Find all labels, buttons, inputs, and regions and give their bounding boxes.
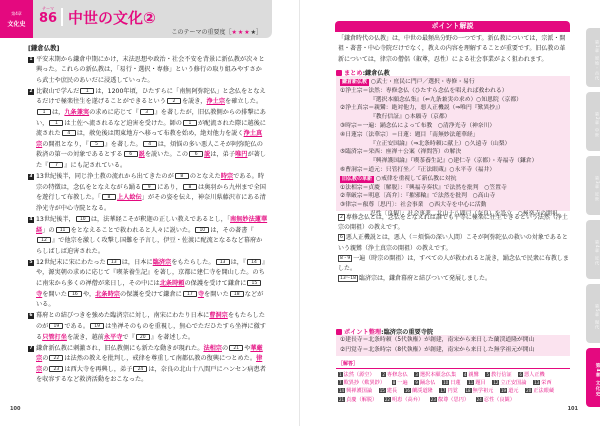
old-buddhism-row: 旧仏教の革新○戒律を重視して新仏教に対抗 xyxy=(340,175,566,184)
summary-item: ④日蓮宗〔法華宗〕＝日蓮：題目「南無妙法蓮華経」 xyxy=(340,131,566,140)
summary-item: 『教行信証』○本願寺（京都） xyxy=(340,113,566,122)
answer-text: 法然（源空） xyxy=(344,372,375,378)
importance-rating: このテーマの重要度［★★★★］ xyxy=(171,27,262,36)
paragraph: 413世紀後半，10は，法華経こそが釈迦の正しい教えであるとし，「南無妙法蓮華経… xyxy=(28,215,268,257)
answer-text: 円覚 xyxy=(447,388,457,394)
paragraph-text: 』を著した。 xyxy=(105,141,142,148)
old-buddhism-tag: 旧仏教の革新 xyxy=(340,176,374,183)
answers-divider xyxy=(336,368,570,369)
answer-blank[interactable]: 1 xyxy=(37,109,51,115)
paragraph-text: は，赦免後は関東地方へ移って布教を始め，絶対他力を説く xyxy=(77,130,244,137)
answer-item: 24忍性（良観） xyxy=(476,397,515,403)
paragraph-text: で『 xyxy=(122,334,134,341)
answer-text: 興禅護国論 xyxy=(346,388,372,394)
answer-number: 22 xyxy=(384,397,391,402)
keyword: 九条兼実 xyxy=(64,109,89,116)
paragraph-text: 13世紀後半， xyxy=(36,216,75,223)
page-number: 100 xyxy=(10,406,20,412)
answer-item: 7歎異抄（歎異鈔） xyxy=(338,380,385,386)
answer-item: 9踊念仏 xyxy=(414,380,435,386)
paragraph-text: 12世紀末に宋にわたった xyxy=(36,259,106,266)
keyword: 曹洞宗 xyxy=(209,312,228,319)
chapter-tabs: 第1章 原始・古代第2章 中世第3章 近世第4章 近代第5章 現代第4章 文化史 xyxy=(586,28,600,412)
answer-text: 無学祖元 xyxy=(473,388,494,394)
paragraph-text: を説いた。この xyxy=(145,151,188,158)
keyword: 臨済宗 xyxy=(153,259,172,266)
note-number: 2 xyxy=(338,214,345,221)
summary-item: 『立正安国論』（⇒北条時頼に献上）○久遠寺（山梨） xyxy=(340,140,566,149)
answer-blank[interactable]: 6 xyxy=(124,151,138,157)
paragraph-text: の xyxy=(42,366,48,373)
note-text: 専修念仏とは，念仏をとなえれば誰でも平等に極楽に往生できるという法然（浄土宗の開… xyxy=(338,214,568,231)
paragraph-text: をとなえることで救われると人々に説いた。 xyxy=(71,227,195,234)
answer-text: 専修念仏 xyxy=(387,372,408,378)
paragraph-text: は，『 xyxy=(231,259,246,266)
paragraph-number: 5 xyxy=(28,260,34,266)
answer-number: 4 xyxy=(463,372,468,377)
answer-number: 19 xyxy=(500,388,507,393)
summary-item: ③律宗＝叡尊〔思円〕：社会事業 ○西大寺を中心に活動 xyxy=(340,201,566,210)
answer-number: 18 xyxy=(465,388,472,393)
paragraph-text: は，法華経こそが釈迦の正しい教えであるとし，「 xyxy=(91,216,230,223)
new-buddhism-tag: 鎌倉新仏教 xyxy=(340,79,369,86)
paragraph-text: のとなえた xyxy=(190,173,221,180)
paragraph-text: 」の xyxy=(42,227,54,234)
paragraph-text: を説き，越前 xyxy=(67,334,104,341)
organize-item: ①建長寺＝北条時頼（5代執権）が創建，南宋から来日した蘭渓道隆が開山 xyxy=(340,336,566,346)
answer-number: 11 xyxy=(467,380,474,385)
answer-item: 2専修念仏 xyxy=(381,372,407,378)
answer-blank[interactable]: 3 xyxy=(140,109,154,115)
paragraph-text: は法然の教えを批判し，戒律を尊重して南都仏教の復興につとめた。 xyxy=(64,355,256,362)
old-buddhism-note: ○戒律を重視して新仏教に対抗 xyxy=(376,176,456,182)
answer-number: 10 xyxy=(442,380,449,385)
paragraph-text: は， xyxy=(52,109,64,116)
organize-item: ②円覚寺＝北条時宗（8代執権）が創建，南宋から来日した無学祖元が開山 xyxy=(340,346,566,356)
answer-blank[interactable]: 20 xyxy=(136,334,150,340)
section-title: [鎌倉仏教] xyxy=(28,43,268,54)
answer-number: 20 xyxy=(525,388,532,393)
answer-item: 12立正安国論 xyxy=(492,380,526,386)
note-number: 13〜18 xyxy=(338,275,358,282)
answer-blank[interactable]: 9 xyxy=(142,184,156,190)
answer-text: 日蓮 xyxy=(450,380,460,386)
chapter-badge: 第4章 文化史 xyxy=(0,0,33,38)
note-item: 13〜18臨済宗は，鎌倉幕府と結びついて発展しました。 xyxy=(338,274,570,284)
paragraph-text: を確立した。 xyxy=(225,98,262,105)
paragraph-text: 』で他宗を激しく攻撃し国難を予言し，伊豆・佐渡に配流となるなど幕府からしばしば迫… xyxy=(36,237,262,255)
answer-blank[interactable]: 23 xyxy=(49,366,63,372)
answer-text: 悪人正機 xyxy=(524,372,545,378)
chapter-label: 第4章 xyxy=(0,11,33,17)
answer-blank[interactable]: 18 xyxy=(230,291,244,297)
answer-blank[interactable]: 14 xyxy=(247,259,261,265)
answer-item: 10日蓮 xyxy=(442,380,460,386)
answer-text: 選択本願念仏集 xyxy=(420,372,456,378)
answer-blank[interactable]: 5 xyxy=(90,141,104,147)
paragraph-text: の保護を受けて鎌倉に xyxy=(120,291,182,298)
answer-number: 1 xyxy=(338,372,343,377)
summary-box: 鎌倉新仏教○武士・庶民に門戸／選択・専修・易行 ①浄土宗＝法然：専修念仏（ひたす… xyxy=(336,76,570,211)
answer-text: 建長 xyxy=(387,388,397,394)
answer-item: 15建長 xyxy=(379,388,397,394)
answers-heading: ［解答］ xyxy=(338,360,358,367)
point-explanation-title: ポイント解説 xyxy=(335,21,570,32)
paragraph-text: 比叡山で学んだ xyxy=(36,88,79,95)
paragraph-text: は土佐へ流されるなど迫害を受けた。師の xyxy=(64,120,182,127)
summary-item: ①浄土宗＝法然：専修念仏（ひたすら念仏を唱えれば救われる） xyxy=(340,87,566,96)
theme-header: 第4章 文化史 テーマ 86 中世の文化② このテーマの重要度［★★★★］ xyxy=(0,0,272,38)
paragraph-text: の開祖となり，『 xyxy=(42,141,88,148)
answer-number: 13 xyxy=(533,380,540,385)
intro-text: 「鎌倉時代の仏教」は，中世の最頻出分野の一つです。新仏教については，宗派・開祖・… xyxy=(338,34,570,65)
answer-blank[interactable]: 10 xyxy=(195,227,209,233)
keyword: 北条時宗 xyxy=(95,291,120,298)
answer-item: 22明恵（高弁） xyxy=(384,397,423,403)
paragraph-number: 7 xyxy=(28,346,34,352)
paragraph-number: 4 xyxy=(28,217,34,223)
paragraph-text: である。 xyxy=(64,323,89,330)
answer-blank[interactable]: 13 xyxy=(216,259,230,265)
new-buddhism-list: ①浄土宗＝法然：専修念仏（ひたすら念仏を唱えれば救われる）『選択本願念仏集』（⇐… xyxy=(340,87,566,175)
answer-number: 5 xyxy=(485,372,490,377)
answer-item: 1法然（源空） xyxy=(338,372,375,378)
paragraph-text: や， xyxy=(83,291,95,298)
paragraph-text: を開いた xyxy=(204,291,229,298)
summary-item: ②浄土真宗＝親鸞：絶対他力，悪人正機説（⇒唯円『歎異抄』） xyxy=(340,104,566,113)
keyword: 北条時頼 xyxy=(160,280,185,287)
answer-text: 正法眼蔵 xyxy=(533,388,554,394)
answer-number: 7 xyxy=(338,380,343,385)
answer-blank[interactable]: 19 xyxy=(49,323,63,329)
answer-text: 明恵（高弁） xyxy=(392,397,423,403)
answer-number: 15 xyxy=(379,388,386,393)
chapter-name: 文化史 xyxy=(0,19,33,28)
note-item: 6悪人正機説とは，悪人（＝煩悩の深い人間）こそが阿弥陀仏の救いの対象であるという… xyxy=(338,233,570,253)
keyword: 時宗 xyxy=(221,173,233,180)
answer-blank[interactable]: 13 xyxy=(107,259,121,265)
answer-number: 12 xyxy=(492,380,499,385)
paragraph-text: をもたらした。 xyxy=(171,259,214,266)
paragraph-text: の xyxy=(42,355,48,362)
answer-item: 20正法眼蔵 xyxy=(525,388,554,394)
note-text: 臨済宗は，鎌倉幕府と結びついて発展しました。 xyxy=(359,275,491,282)
note-number: 6 xyxy=(338,234,345,241)
note-text: 一遍（時宗の開祖）は，すべての人が救われると説き，踊念仏で民衆に布教しました。 xyxy=(338,255,569,272)
answer-item: 23叡尊（思円） xyxy=(430,397,469,403)
summary-item: ②華厳宗＝明恵〔高弁〕：『摧邪輪』で法然を批判 ○高山寺 xyxy=(340,192,566,201)
answer-blank[interactable]: 1 xyxy=(80,88,94,94)
answer-blank[interactable]: 4 xyxy=(143,141,157,147)
answer-item: 8一遍 xyxy=(392,380,408,386)
answer-item: 4親鸞 xyxy=(463,372,479,378)
answer-number: 9 xyxy=(414,380,419,385)
paragraph-text: を説き， xyxy=(182,98,207,105)
paragraph-text: は西大寺を再興し，弟子 xyxy=(64,366,132,373)
answer-number: 16 xyxy=(404,388,411,393)
paragraph-number: 1 xyxy=(28,57,34,63)
header-divider xyxy=(61,8,63,26)
note-number: 8・9 xyxy=(338,255,352,262)
importance-label: このテーマの重要度［ xyxy=(171,29,231,36)
keyword: 上人絵伝 xyxy=(117,194,142,201)
answer-item: 14興禅護国論 xyxy=(338,388,372,394)
chapter-tab[interactable]: 第1章 原始・古代 xyxy=(586,28,600,87)
paragraph-text: は，その著書『 xyxy=(210,227,253,234)
answer-blank[interactable]: 1 xyxy=(49,120,63,126)
summary-item: ①法相宗＝貞慶〔解脱〕：『興福寺奏状』で法然を批判 ○笠置寺 xyxy=(340,184,566,193)
answer-text: 立正安国論 xyxy=(500,380,526,386)
answer-blank[interactable]: 22 xyxy=(49,355,63,361)
left-page: 第4章 文化史 テーマ 86 中世の文化② このテーマの重要度［★★★★］ [鎌… xyxy=(0,0,300,426)
answer-blank[interactable]: 15 xyxy=(247,280,261,286)
chapter-tab[interactable]: 第4章 文化史 xyxy=(586,348,600,407)
summary-item: ③時宗＝一遍：踊念仏によって布教 ○清浄光寺（神奈川） xyxy=(340,122,566,131)
answer-number: 24 xyxy=(476,397,483,402)
keyword: 法相宗 xyxy=(203,345,222,352)
paragraph-text: の保護を受けて鎌倉に xyxy=(185,280,247,287)
keyword: 唯円 xyxy=(235,151,247,158)
summary-item: 『選択本願念仏集』（⇐九条兼実の求め）○知恩院（京都） xyxy=(340,96,566,105)
paragraph-list: 1平安末期から鎌倉中期にかけ，末法思想や政治・社会不安を背景に新仏教が次々と興っ… xyxy=(28,55,268,386)
page-number: 101 xyxy=(568,406,578,412)
note-item: 2専修念仏とは，念仏をとなえれば誰でも平等に極楽に往生できるという法然（浄土宗の… xyxy=(338,213,570,233)
answer-number: 2 xyxy=(381,372,386,377)
answer-item: 6悪人正機 xyxy=(518,372,544,378)
star-icon: ★★★ xyxy=(231,29,250,36)
answer-blank[interactable]: 8 xyxy=(175,173,189,179)
chapter-tab[interactable]: 第4章 近代 xyxy=(586,220,600,279)
paragraph-text: の求めに応じて『 xyxy=(89,109,139,116)
paragraph-number: 3 xyxy=(28,174,34,180)
answer-number: 6 xyxy=(518,372,523,377)
answer-text: 叡尊（思円） xyxy=(438,397,469,403)
answer-number: 23 xyxy=(430,397,437,402)
theme-number: 86 xyxy=(38,12,58,26)
summary-item: ⑥曹洞宗＝道元：只管打坐／『正法眼蔵』○永平寺（福井） xyxy=(340,166,566,175)
paragraph-text: 平安末期から鎌倉中期にかけ，末法思想や政治・社会不安を背景に新仏教が次々と興った… xyxy=(36,56,265,84)
answer-blank[interactable]: 21 xyxy=(229,345,243,351)
paragraph-number: 6 xyxy=(28,313,34,319)
answer-item: 21貞慶（解脱） xyxy=(338,397,377,403)
paragraph: 1平安末期から鎌倉中期にかけ，末法思想や政治・社会不安を背景に新仏教が次々と興っ… xyxy=(28,55,268,87)
new-buddhism-row: 鎌倉新仏教○武士・庶民に門戸／選択・専修・易行 xyxy=(340,78,566,87)
answer-text: 蘭渓道隆 xyxy=(412,388,433,394)
paragraph-number: 2 xyxy=(28,89,34,95)
answer-blank[interactable]: 8 xyxy=(102,194,116,200)
paragraph: 512世紀末に宋にわたった13は，日本に臨済宗をもたらした。13は，『14』や，… xyxy=(28,258,268,311)
importance-close: ］ xyxy=(256,29,262,36)
answer-item: 13栄西 xyxy=(533,380,551,386)
paragraph: 6幕府との結びつきを強めた臨済宗に対し，南宋にわたり日本に曹洞宗をもたらしたのが… xyxy=(28,311,268,343)
note-text: 悪人正機説とは，悪人（＝煩悩の深い人間）こそが阿弥陀仏の救いの対象であるという親… xyxy=(338,234,568,251)
answer-text: 貞慶（解脱） xyxy=(346,397,377,403)
answer-item: 17円覚 xyxy=(439,388,457,394)
paragraph-text: 幕府との結びつきを強めた臨済宗に対し，南宋にわたり日本に xyxy=(36,312,209,319)
answer-text: 親鸞 xyxy=(468,372,478,378)
paragraph-text: の xyxy=(222,345,228,352)
answer-blank[interactable]: 24 xyxy=(133,366,147,372)
answer-blank[interactable]: 19 xyxy=(90,323,104,329)
paragraph-text: 鎌倉新仏教に刺激され，旧仏教側にも新たな動きが現れた。 xyxy=(36,345,203,352)
chapter-tab[interactable]: 第2章 中世 xyxy=(586,92,600,151)
keyword: 永平寺 xyxy=(104,334,123,341)
answer-text: 題目 xyxy=(475,380,485,386)
chapter-tab[interactable]: 第5章 現代 xyxy=(586,284,600,343)
answer-item: 18無学祖元 xyxy=(465,388,494,394)
paragraph-text: 』を著述した。 xyxy=(151,334,194,341)
answer-blank[interactable]: 2 xyxy=(167,98,181,104)
answer-number: 17 xyxy=(439,388,446,393)
keyword: 只管打坐 xyxy=(42,334,67,341)
answer-text: 栄西 xyxy=(541,380,551,386)
answer-list: 1法然（源空） 2専修念仏 3選択本願念仏集 4親鸞 5教行信証 6悪人正機 7… xyxy=(338,371,570,404)
answer-blank[interactable]: 7 xyxy=(49,162,63,168)
paragraph-text: 』にも記されている。 xyxy=(64,162,126,169)
answer-blank[interactable]: 6 xyxy=(189,151,203,157)
paragraph: 2比叡山で学んだ1は，1200年頃，ひたすらに「南無阿弥陀仏」と念仏をとなえるだ… xyxy=(28,87,268,172)
answer-number: 3 xyxy=(414,372,419,377)
paragraph: 313世紀後半，同じ浄土教の流れから出てきたのが8のとなえた時宗である。時宗の特… xyxy=(28,172,268,214)
point-organize-box: ①建長寺＝北条時頼（5代執権）が創建，南宋から来日した蘭渓道隆が開山②円覚寺＝北… xyxy=(336,335,570,356)
keyword: 浄土宗 xyxy=(206,98,225,105)
paragraph: 7鎌倉新仏教に刺激され，旧仏教側にも新たな動きが現れた。法相宗の21や華厳宗の2… xyxy=(28,344,268,386)
answer-number: 8 xyxy=(392,380,397,385)
answer-blank[interactable]: 11 xyxy=(56,227,70,233)
answer-text: 一遍 xyxy=(397,380,407,386)
exercise-body: [鎌倉仏教] 1平安末期から鎌倉中期にかけ，末法思想や政治・社会不安を背景に新仏… xyxy=(28,43,268,387)
answer-text: 忍性（良観） xyxy=(484,397,515,403)
note-item: 8・9一遍（時宗の開祖）は，すべての人が救われると説き，踊念仏で民衆に布教しまし… xyxy=(338,254,570,274)
paragraph-text: 13世紀後半，同じ浄土教の流れから出てきたのが xyxy=(36,173,174,180)
answer-blank[interactable]: 16 xyxy=(68,291,82,297)
new-buddhism-note: ○武士・庶民に門戸／選択・専修・易行 xyxy=(371,79,475,85)
answer-item: 11題目 xyxy=(467,380,485,386)
answer-blank[interactable]: 17 xyxy=(183,291,197,297)
paragraph-text: を開いた xyxy=(42,291,67,298)
paragraph-text: は，弟子 xyxy=(210,151,235,158)
answer-number: 21 xyxy=(338,397,345,402)
theme-number-block: テーマ 86 xyxy=(38,6,58,26)
paragraph-text: は，日本に xyxy=(122,259,153,266)
answer-item: 3選択本願念仏集 xyxy=(414,372,456,378)
answer-text: 教行信証 xyxy=(491,372,512,378)
answer-item: 16蘭渓道隆 xyxy=(404,388,433,394)
answer-text: 踊念仏 xyxy=(420,380,436,386)
answer-item: 19道元 xyxy=(500,388,518,394)
explanation-notes: 2専修念仏とは，念仏をとなえれば誰でも平等に極楽に往生できるという法然（浄土宗の… xyxy=(338,213,570,284)
summary-item: 『興禅護国論』『喫茶養生記』○建仁寺（京都）・寿福寺（鎌倉） xyxy=(340,157,566,166)
right-page: ポイント解説 「鎌倉時代の仏教」は，中世の最頻出分野の一つです。新仏教については… xyxy=(300,0,600,426)
chapter-tab[interactable]: 第3章 近世 xyxy=(586,156,600,215)
book-spread: 第4章 文化史 テーマ 86 中世の文化② このテーマの重要度［★★★★］ [鎌… xyxy=(0,0,600,426)
answer-item: 5教行信証 xyxy=(485,372,511,378)
answer-text: 道元 xyxy=(508,388,518,394)
page-title: 中世の文化② xyxy=(68,7,156,28)
answer-text: 歎異抄（歎異鈔） xyxy=(344,380,386,386)
summary-item: ⑤臨済宗＝栄西：座禅＋公案（禅問答）の解決 xyxy=(340,148,566,157)
answer-blank[interactable]: 12 xyxy=(37,237,51,243)
answer-number: 14 xyxy=(338,388,345,393)
answer-blank[interactable]: 4 xyxy=(62,130,76,136)
answer-blank[interactable]: 10 xyxy=(76,216,90,222)
answer-blank[interactable]: 8 xyxy=(183,184,197,190)
answer-blank[interactable]: 1 xyxy=(183,120,197,126)
paragraph-text: にあり， xyxy=(157,184,182,191)
